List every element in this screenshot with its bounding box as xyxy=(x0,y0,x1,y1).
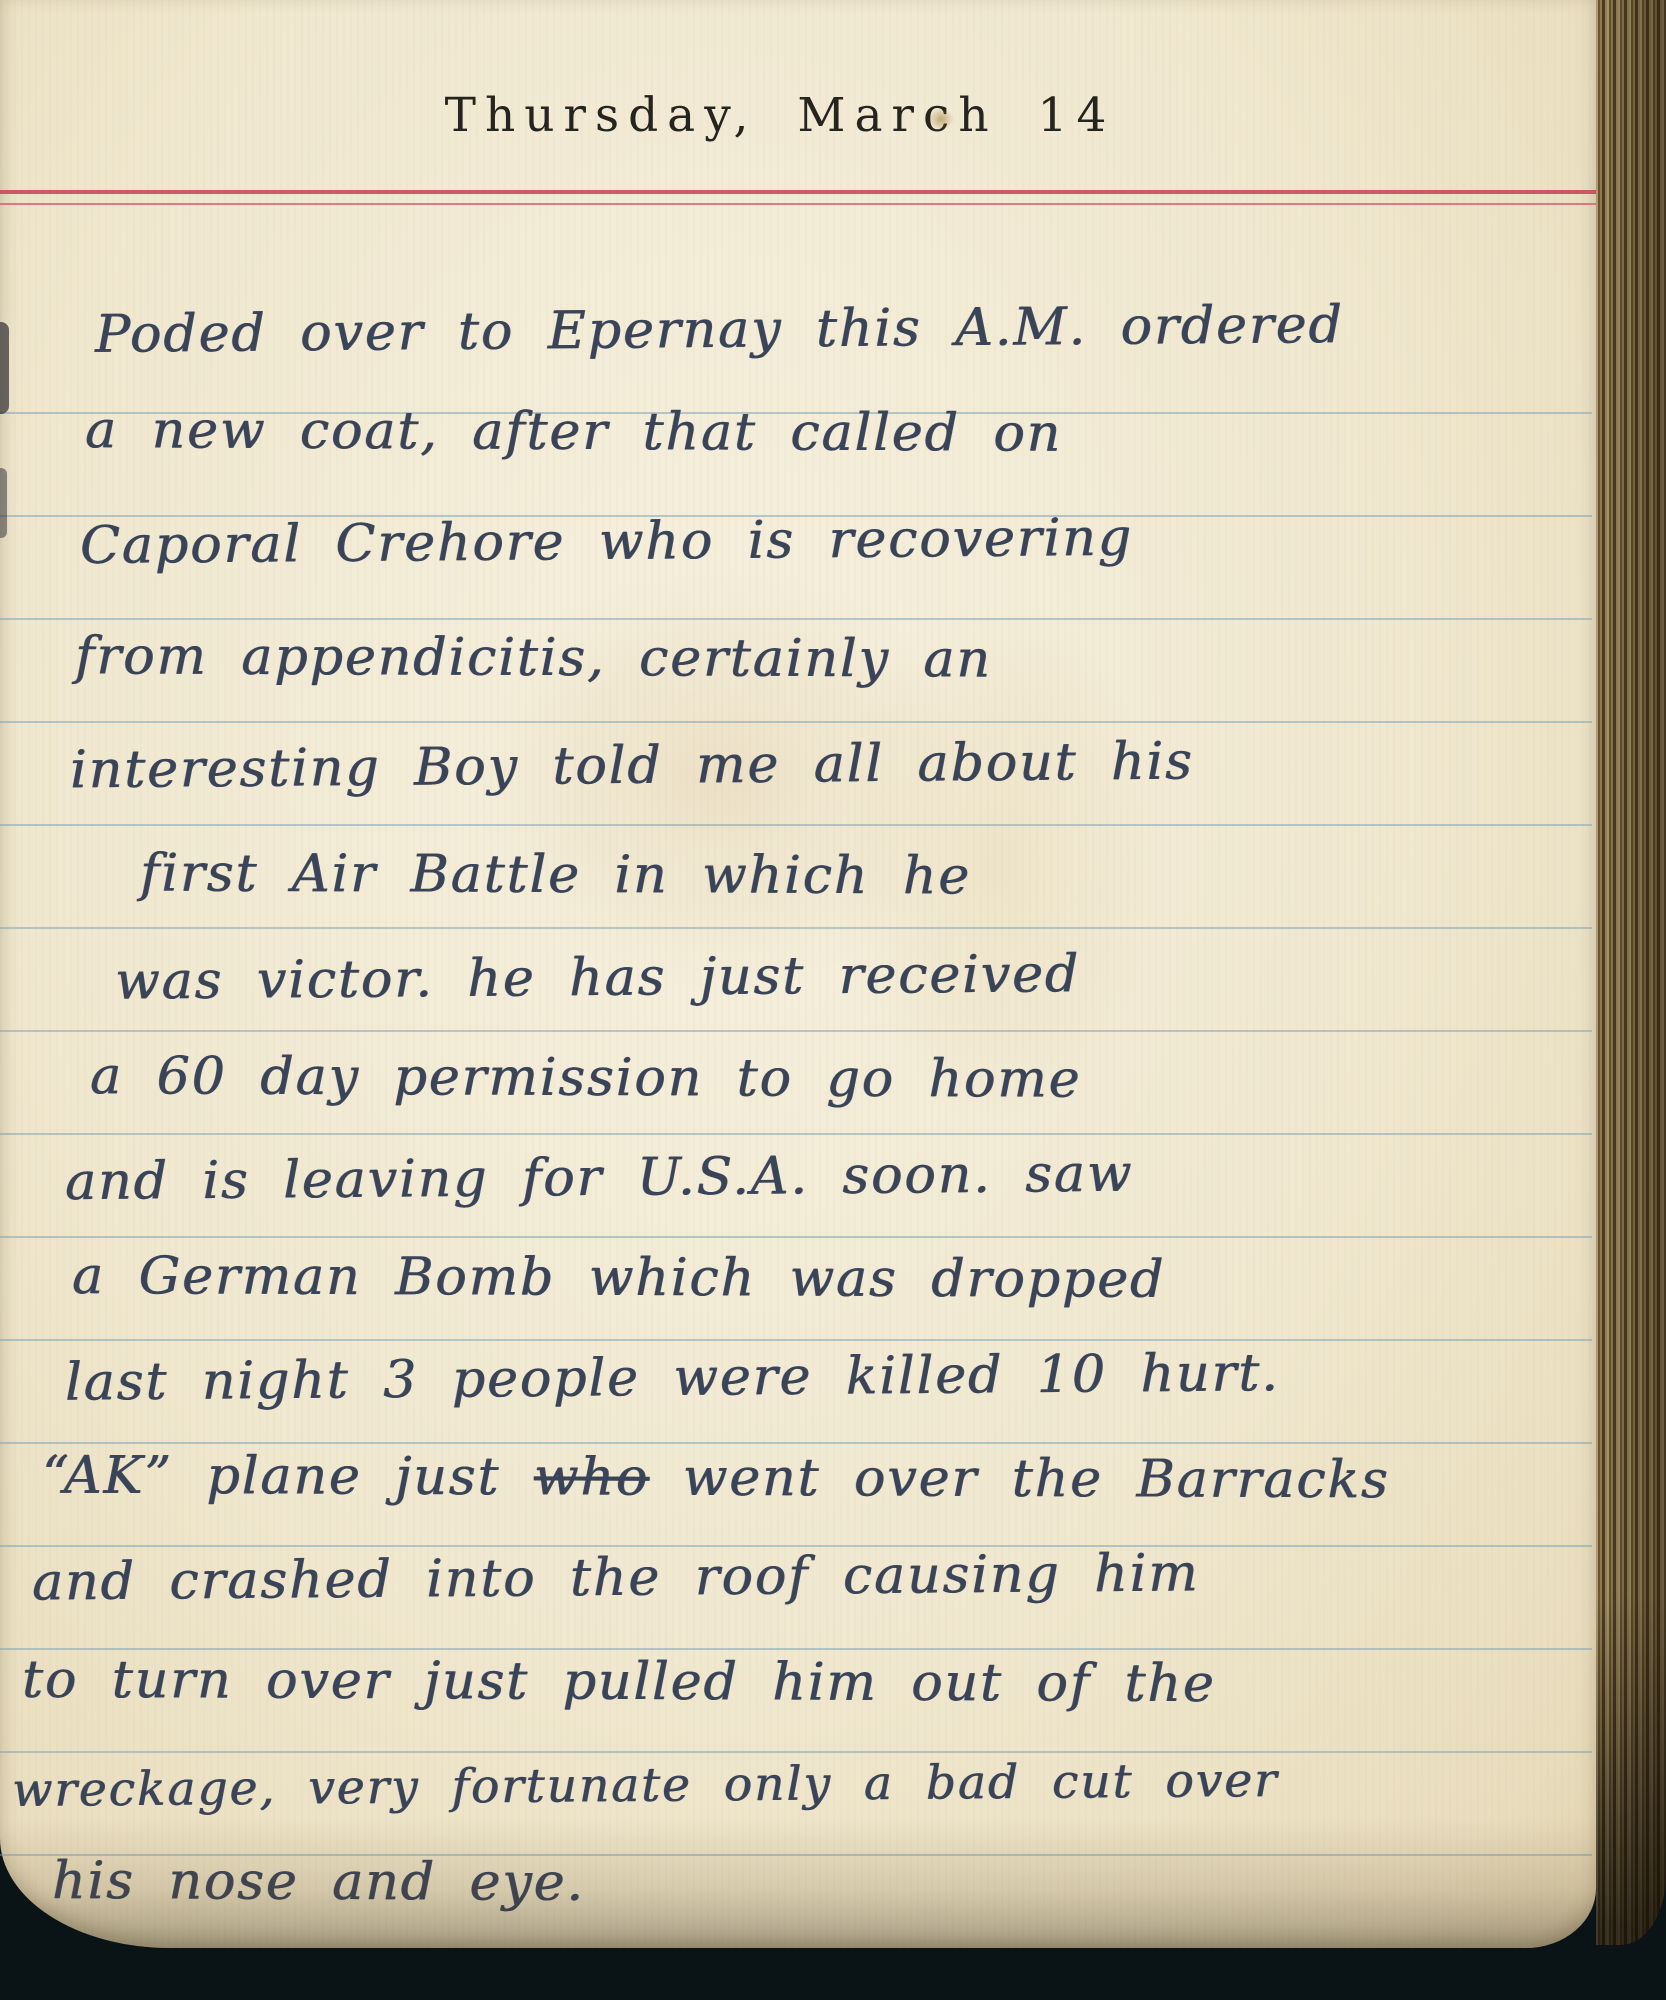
diary-line-4: from appendicitis, certainly an xyxy=(75,626,992,689)
diary-page: Thursday, March 14 Poded over to Epernay… xyxy=(0,0,1596,1948)
diary-line-8: a 60 day permission to go home xyxy=(90,1046,1082,1109)
diary-line-16: his nose and eye. xyxy=(52,1851,585,1913)
diary-line-text: went over the Barracks xyxy=(649,1448,1390,1511)
diary-line-12: “AK” plane just who went over the Barrac… xyxy=(42,1446,1390,1511)
handwriting-layer: Poded over to Epernay this A.M. ordereda… xyxy=(0,0,1596,1948)
diary-line-1: Poded over to Epernay this A.M. ordered xyxy=(95,295,1344,365)
diary-line-11: last night 3 people were killed 10 hurt. xyxy=(65,1343,1280,1413)
diary-line-6: first Air Battle in which he xyxy=(140,844,971,907)
diary-book-scan: Thursday, March 14 Poded over to Epernay… xyxy=(0,0,1666,2000)
diary-line-3: Caporal Crehore who is recovering xyxy=(80,508,1133,576)
diary-line-9: and is leaving for U.S.A. soon. saw xyxy=(65,1144,1134,1212)
diary-line-text: “AK” plane just xyxy=(42,1446,534,1508)
diary-line-13: and crashed into the roof causing him xyxy=(32,1543,1200,1612)
diary-line-14: to turn over just pulled him out of the xyxy=(22,1650,1216,1714)
struck-word: who xyxy=(534,1447,650,1507)
diary-line-5: interesting Boy told me all about his xyxy=(70,732,1194,801)
diary-line-2: a new coat, after that called on xyxy=(85,400,1062,463)
diary-line-7: was victor. he has just received xyxy=(115,944,1081,1012)
diary-line-15: wreckage, very fortunate only a bad cut … xyxy=(12,1753,1279,1818)
diary-line-10: a German Bomb which was dropped xyxy=(72,1246,1165,1310)
book-page-edges xyxy=(1596,0,1666,1945)
